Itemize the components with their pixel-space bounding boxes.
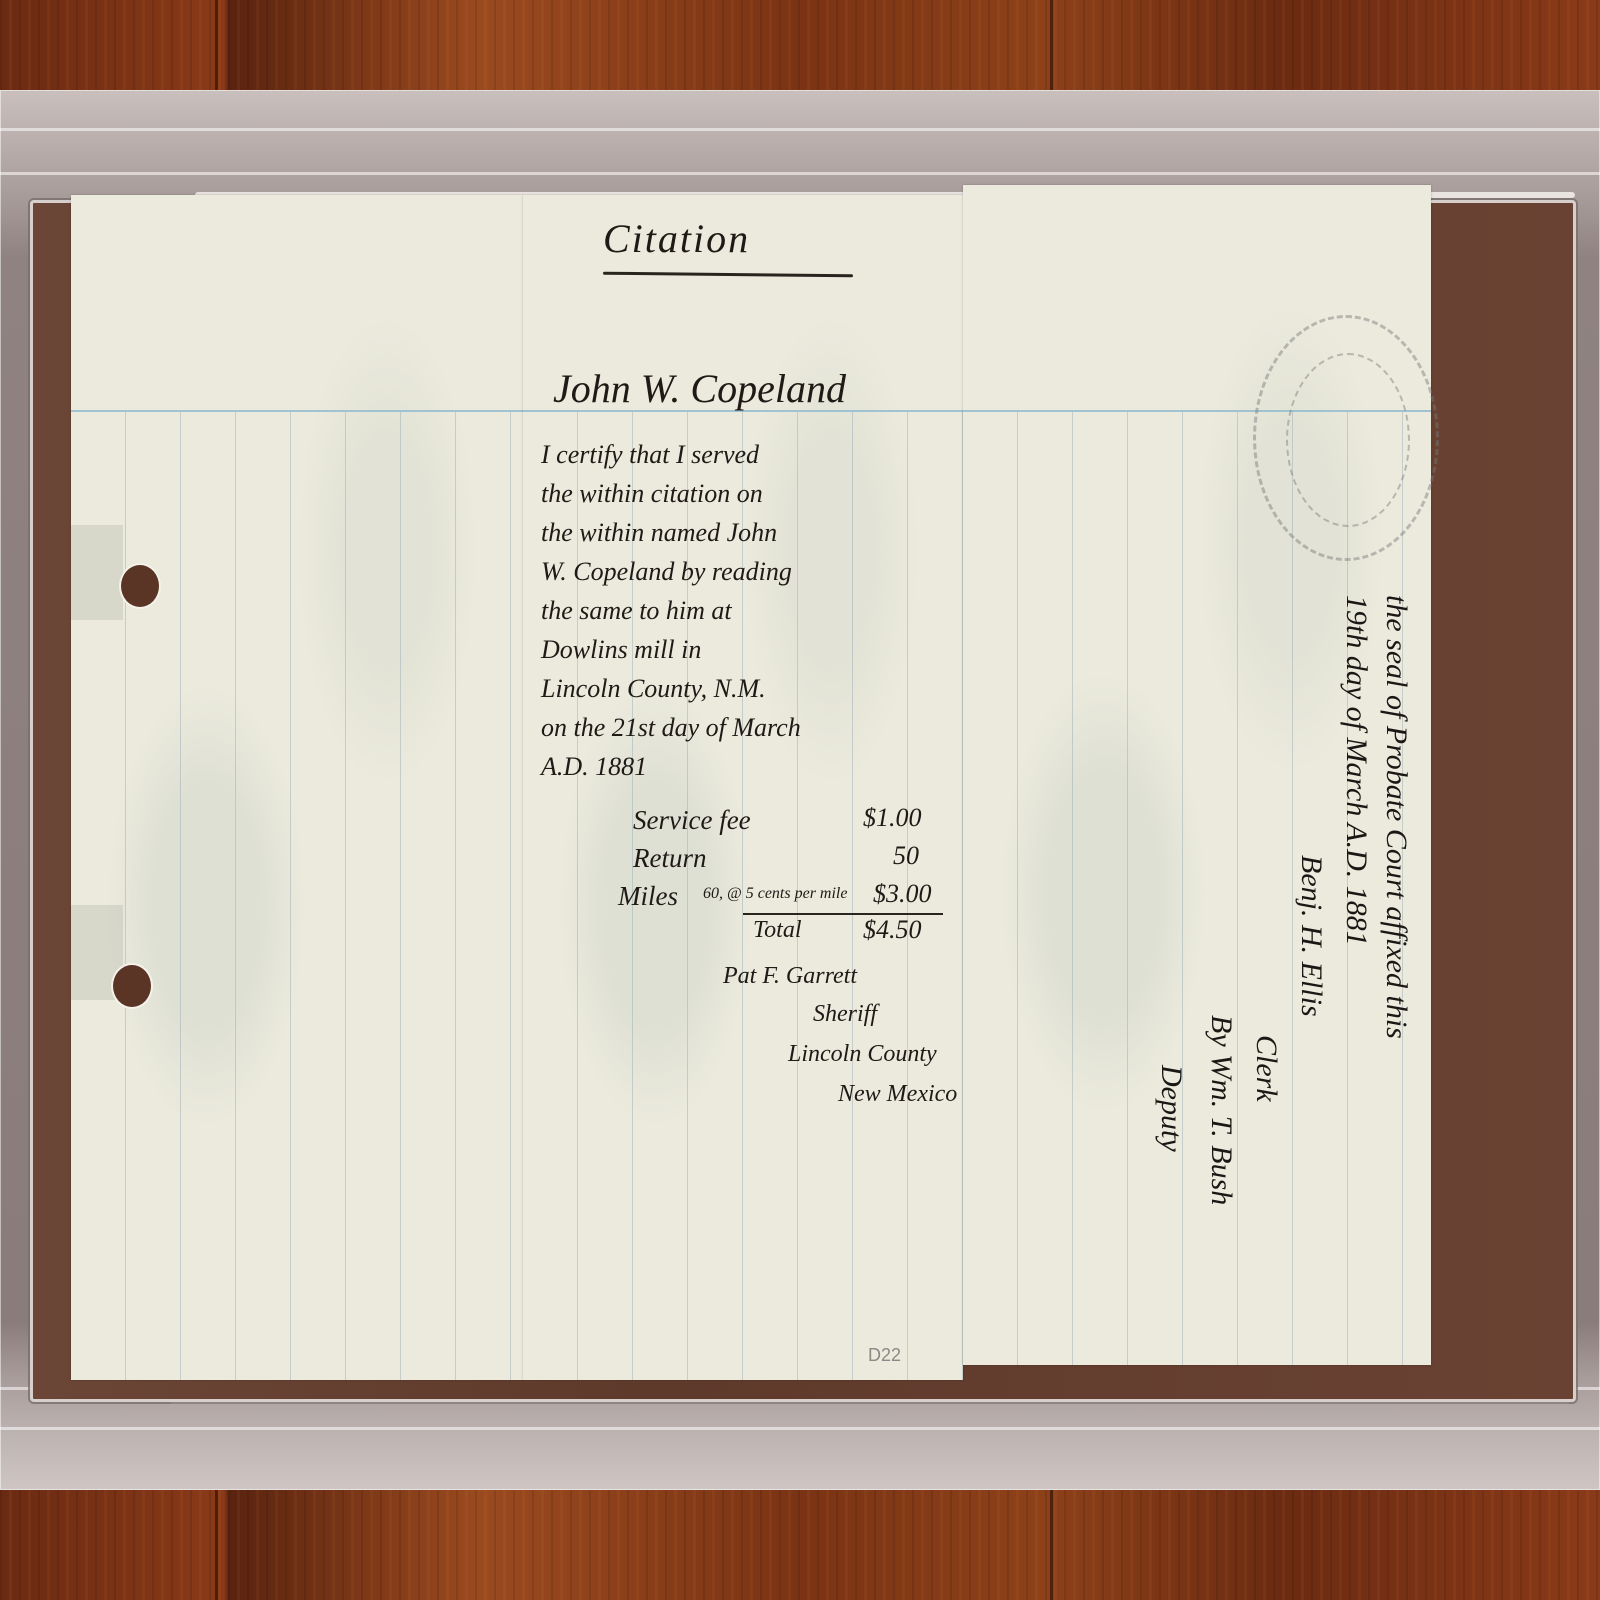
pencil-inventory-note: D22 — [868, 1345, 901, 1366]
defendant-name: John W. Copeland — [553, 365, 846, 412]
certificate-line: the same to him at — [541, 591, 801, 630]
fee-label-service: Service fee — [633, 805, 751, 836]
certificate-line: the within named John — [541, 513, 801, 552]
plastic-slab-holder: Citation John W. Copeland I certify that… — [0, 90, 1600, 1490]
sheriff-territory: New Mexico — [838, 1081, 957, 1108]
punch-hole — [121, 565, 159, 607]
certificate-line: the within citation on — [541, 474, 801, 513]
heading-underline — [603, 272, 853, 278]
sheriff-county: Lincoln County — [788, 1041, 937, 1068]
certificate-line: I certify that I served — [541, 435, 801, 474]
document-well: Citation John W. Copeland I certify that… — [30, 200, 1576, 1402]
document-right-panel: the seal of Probate Court affixed this 1… — [963, 185, 1431, 1365]
citation-document: Citation John W. Copeland I certify that… — [71, 195, 1503, 1380]
deputy-name: By Wm. T. Bush — [1204, 1015, 1238, 1205]
clerk-name: Benj. H. Ellis — [1294, 855, 1328, 1017]
tape-repair — [71, 525, 123, 620]
certificate-line: on the 21st day of March — [541, 708, 801, 747]
fee-amount-return: 50 — [893, 841, 919, 871]
deputy-title: Deputy — [1154, 1065, 1188, 1152]
sheriff-signature: Pat F. Garrett — [723, 963, 857, 990]
fee-label-total: Total — [753, 917, 801, 944]
embossed-seal-icon — [1253, 315, 1439, 561]
fee-miles-detail: 60, @ 5 cents per mile — [703, 885, 847, 903]
certificate-line: A.D. 1881 — [541, 747, 801, 786]
clerk-title: Clerk — [1249, 1035, 1283, 1102]
document-heading: Citation — [603, 215, 750, 262]
certificate-line: W. Copeland by reading — [541, 552, 801, 591]
slab-ridge — [0, 172, 1600, 175]
fee-label-miles: Miles — [618, 881, 678, 912]
document-left-panel — [71, 195, 523, 1380]
fee-amount-total: $4.50 — [863, 915, 922, 945]
certificate-line: Lincoln County, N.M. — [541, 669, 801, 708]
fee-amount-service: $1.00 — [863, 803, 922, 833]
fee-label-return: Return — [633, 843, 707, 874]
slab-ridge — [0, 128, 1600, 131]
fee-amount-miles: $3.00 — [873, 879, 932, 909]
attestation-date: 19th day of March A.D. 1881 — [1339, 595, 1373, 946]
document-center-panel: Citation John W. Copeland I certify that… — [523, 195, 963, 1380]
seal-inner-ring — [1286, 353, 1410, 527]
ruled-lines — [71, 410, 523, 1380]
sheriff-title: Sheriff — [813, 1001, 877, 1028]
certificate-line: Dowlins mill in — [541, 630, 801, 669]
punch-hole — [113, 965, 151, 1007]
attestation-line: the seal of Probate Court affixed this — [1379, 595, 1413, 1039]
certificate-text: I certify that I served the within citat… — [541, 435, 801, 786]
slab-ridge — [0, 1427, 1600, 1430]
